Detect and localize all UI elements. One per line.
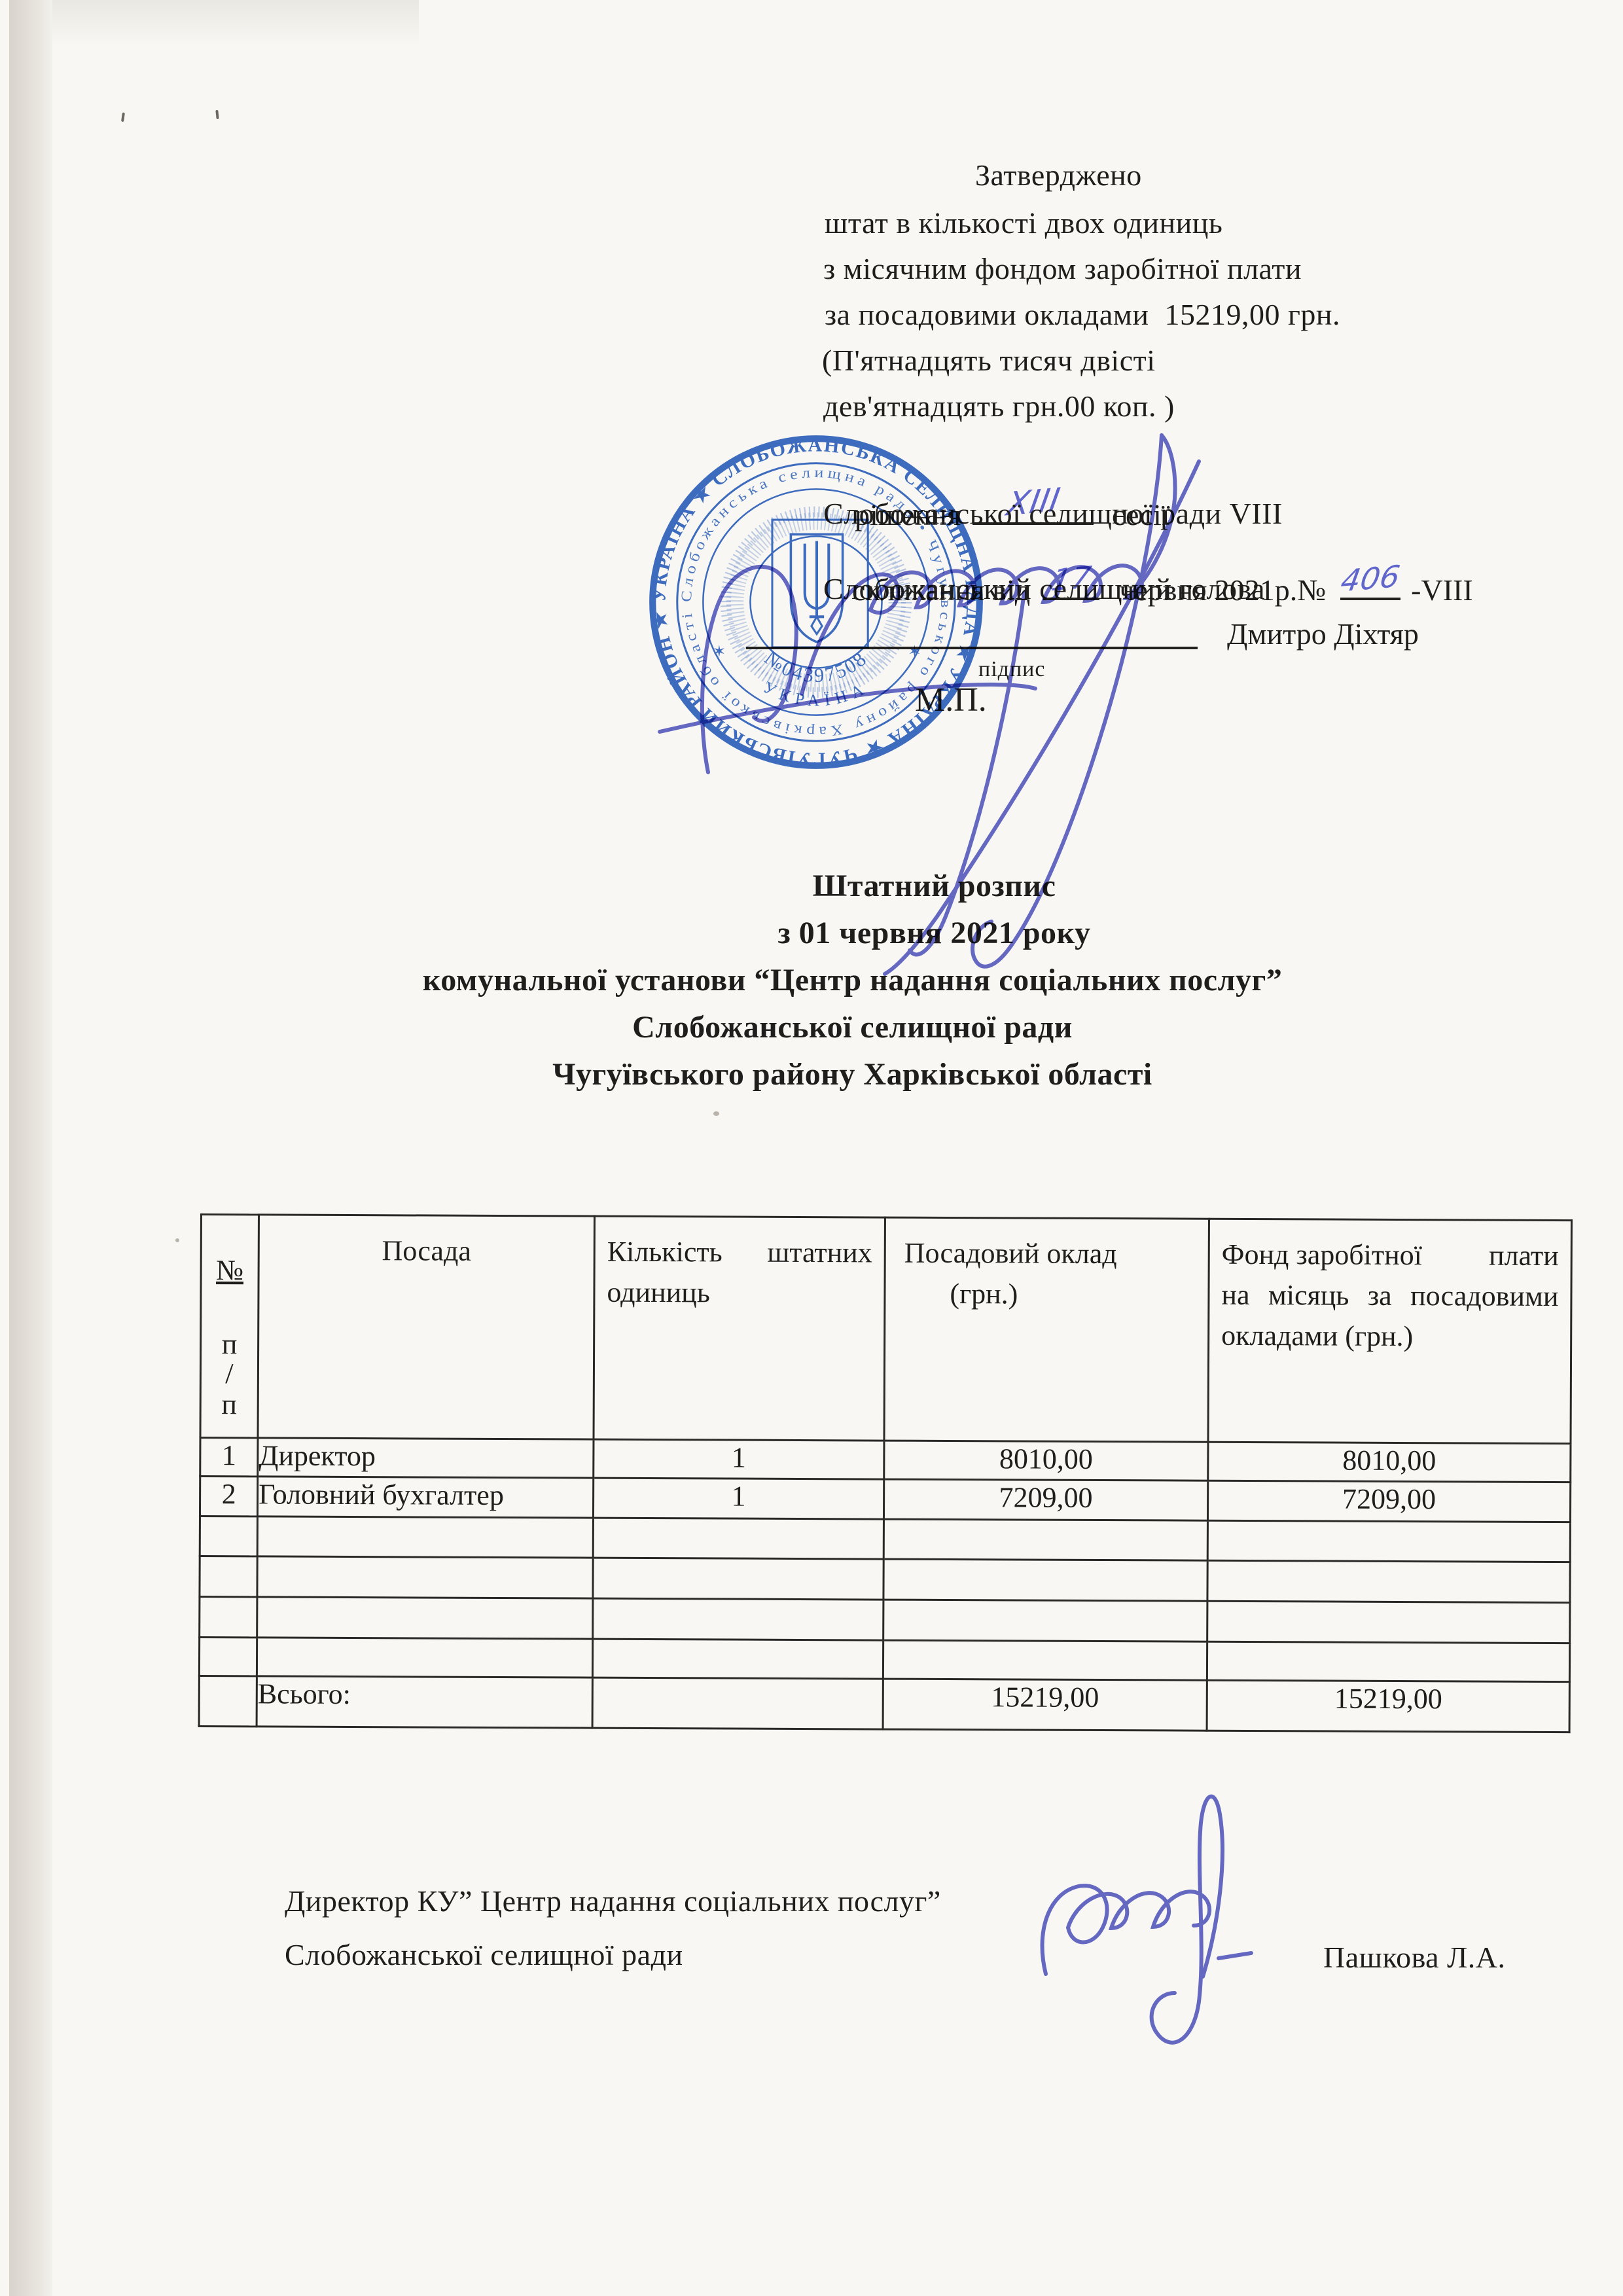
- total-salary: 15219,00: [883, 1679, 1207, 1731]
- row-no: 1: [200, 1438, 258, 1477]
- decision-no-handwritten: 406: [1339, 561, 1402, 596]
- scanner-edge-shadow: [9, 0, 52, 2296]
- doc-date-line: з 01 червня 2021 року: [396, 910, 1309, 957]
- table-empty-row: [200, 1597, 1570, 1643]
- document-title-block: Штатний розпис з 01 червня 2021 року ком…: [396, 863, 1309, 1098]
- doc-title: Штатний розпис: [396, 863, 1309, 910]
- row-fund: 7209,00: [1207, 1480, 1570, 1522]
- director-signature: [1043, 1797, 1251, 2043]
- table-row: 1 Директор 1 8010,00 8010,00: [200, 1438, 1571, 1482]
- approval-line: за посадовими окладами 15219,00 грн.: [825, 300, 1340, 330]
- footer-council-line: Слобожанської селищної ради: [285, 1937, 683, 1972]
- header-no: № п / п: [200, 1215, 259, 1438]
- doc-institution-line: комунальної установи “Центр надання соці…: [396, 957, 1309, 1004]
- decision-no-blank: 406: [1340, 564, 1400, 600]
- doc-region-line: Чугуївського району Харківської області: [396, 1051, 1309, 1098]
- row-units: 1: [593, 1478, 883, 1519]
- approval-line: (П'ятнадцять тисяч двісті: [822, 346, 1156, 376]
- header-units: Кількість штатних одиниць: [594, 1216, 885, 1441]
- staple-mark: [121, 113, 125, 122]
- row-salary: 8010,00: [884, 1441, 1208, 1480]
- convocation-suffix: -VIII: [1411, 573, 1473, 607]
- mayor-name: Дмитро Діхтяр: [1227, 619, 1419, 649]
- header-salary: Посадовий оклад (грн.): [884, 1217, 1209, 1442]
- doc-council-line: Слобожанської селищної ради: [396, 1004, 1309, 1051]
- stamp-star-icon: ✶: [908, 643, 921, 660]
- scanned-document-page: { "approval": { "line1": "Затверджено", …: [0, 0, 1623, 2296]
- header-position: Посада: [258, 1215, 594, 1439]
- staffing-table: № п / п Посада Кількість штатних одиниць…: [198, 1213, 1573, 1733]
- approval-line: штат в кількості двох одиниць: [825, 208, 1222, 238]
- stamp-star-icon: ✶: [713, 643, 726, 660]
- total-fund: 15219,00: [1207, 1680, 1569, 1732]
- approval-line: дев'ятнадцять грн.00 коп. ): [823, 391, 1175, 422]
- paper-speck: [175, 1238, 179, 1242]
- table-empty-row: [199, 1638, 1569, 1682]
- table-row: 2 Головний бухгалтер 1 7209,00 7209,00: [200, 1477, 1570, 1522]
- footer-director-line: Директор КУ” Центр надання соціальних по…: [285, 1884, 941, 1918]
- table-empty-row: [200, 1556, 1570, 1603]
- header-fund: Фонд заробітної плати на місяць за посад…: [1208, 1219, 1571, 1443]
- table-empty-row: [200, 1516, 1570, 1562]
- footer-signer-name: Пашкова Л.А.: [1323, 1940, 1506, 1975]
- approval-title: Затверджено: [975, 160, 1142, 190]
- paper-speck: [713, 1111, 719, 1116]
- round-official-stamp: УКРАЇНА ★ СЛОБОЖАНСЬКА СЕЛИЩНА РАДА ★ УК…: [643, 429, 989, 775]
- row-fund: 8010,00: [1208, 1442, 1571, 1482]
- approval-line: з місячним фондом заробітної плати: [823, 254, 1302, 284]
- scan-corner-smudge: [52, 0, 419, 46]
- row-position: Директор: [258, 1438, 594, 1478]
- row-no: 2: [200, 1477, 257, 1516]
- total-label: Всього:: [257, 1676, 592, 1728]
- row-position: Головний бухгалтер: [257, 1477, 593, 1518]
- row-units: 1: [594, 1439, 884, 1479]
- trident-icon: [805, 541, 829, 634]
- table-total-row: Всього: 15219,00 15219,00: [199, 1676, 1569, 1732]
- staple-mark: [215, 110, 219, 119]
- table-header-row: № п / п Посада Кількість штатних одиниць…: [200, 1215, 1571, 1444]
- row-salary: 7209,00: [883, 1479, 1207, 1520]
